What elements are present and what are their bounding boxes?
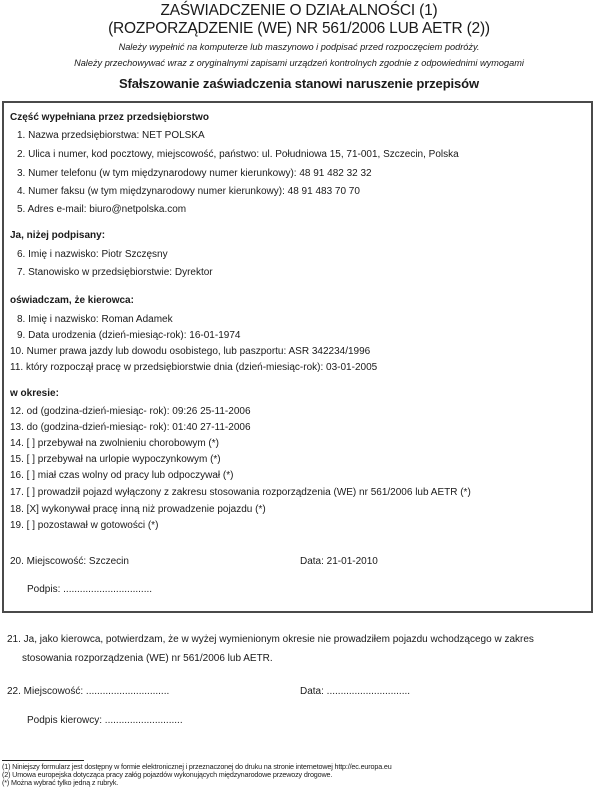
instruction-note-1: Należy wypełnić na komputerze lub maszyn… (0, 42, 598, 52)
instruction-note-2: Należy przechowywać wraz z oryginalnymi … (0, 58, 598, 68)
field-company-fax: 4. Numer faksu (w tym międzynarodowy num… (17, 186, 360, 197)
field-company-address: 2. Ulica i numer, kod pocztowy, miejscow… (17, 149, 459, 160)
checkbox-annual-leave[interactable]: 15. [ ] przebywał na urlopie wypoczynkow… (10, 454, 221, 465)
field-period-from: 12. od (godzina-dzień-miesiąc- rok): 09:… (10, 406, 251, 417)
field-company-email: 5. Adres e-mail: biuro@netpolska.com (17, 204, 186, 215)
field-period-to: 13. do (godzina-dzień-miesiąc- rok): 01:… (10, 422, 251, 433)
field-company-date: Data: 21-01-2010 (300, 556, 378, 567)
field-signatory-name: 6. Imię i nazwisko: Piotr Szczęsny (17, 249, 168, 260)
checkbox-other-work[interactable]: 18. [X] wykonywał pracę inną niż prowadz… (10, 504, 266, 515)
forgery-warning: Sfałszowanie zaświadczenia stanowi narus… (0, 76, 598, 91)
period-section-heading: w okresie: (10, 388, 59, 399)
field-company-place: 20. Miejscowość: Szczecin (10, 556, 129, 567)
document-title: ZAŚWIADCZENIE O DZIAŁALNOŚCI (1) (0, 2, 598, 20)
driver-section-heading: oświadczam, że kierowca: (10, 295, 134, 306)
signatory-section-heading: Ja, niżej podpisany: (10, 230, 105, 241)
field-driver-name: 8. Imię i nazwisko: Roman Adamek (17, 314, 173, 325)
field-driver-start-date: 11. który rozpoczął pracę w przedsiębior… (10, 362, 377, 373)
field-driver-birthdate: 9. Data urodzenia (dzień-miesiąc-rok): 1… (17, 330, 240, 341)
checkbox-sick-leave[interactable]: 14. [ ] przebywał na zwolnieniu chorobow… (10, 438, 219, 449)
document-subtitle: (ROZPORZĄDZENIE (WE) NR 561/2006 LUB AET… (0, 20, 598, 38)
field-driver-date: Data: .............................. (300, 686, 410, 697)
field-company-phone: 3. Numer telefonu (w tym międzynarodowy … (17, 168, 372, 179)
checkbox-rest[interactable]: 16. [ ] miał czas wolny od pracy lub odp… (10, 470, 233, 481)
checkbox-excluded-vehicle[interactable]: 17. [ ] prowadził pojazd wyłączony z zak… (10, 487, 471, 498)
field-driver-license: 10. Numer prawa jazdy lub dowodu osobist… (10, 346, 370, 357)
company-section-heading: Część wypełniana przez przedsiębiorstwo (10, 112, 209, 123)
driver-confirmation-text-cont: stosowania rozporządzenia (WE) nr 561/20… (22, 653, 273, 664)
field-signatory-position: 7. Stanowisko w przedsiębiorstwie: Dyrek… (17, 267, 213, 278)
checkbox-availability[interactable]: 19. [ ] pozostawał w gotowości (*) (10, 520, 158, 531)
field-company-name: 1. Nazwa przedsiębiorstwa: NET POLSKA (17, 130, 205, 141)
driver-confirmation-text: 21. Ja, jako kierowca, potwierdzam, że w… (7, 634, 534, 645)
field-driver-place: 22. Miejscowość: .......................… (7, 686, 169, 697)
company-signature-line: Podpis: ................................ (27, 584, 152, 595)
driver-signature-line: Podpis kierowcy: .......................… (27, 715, 183, 726)
footnote-3: (*) Można wybrać tylko jedną z rubryk. (2, 779, 118, 787)
footnote-divider (2, 760, 84, 761)
